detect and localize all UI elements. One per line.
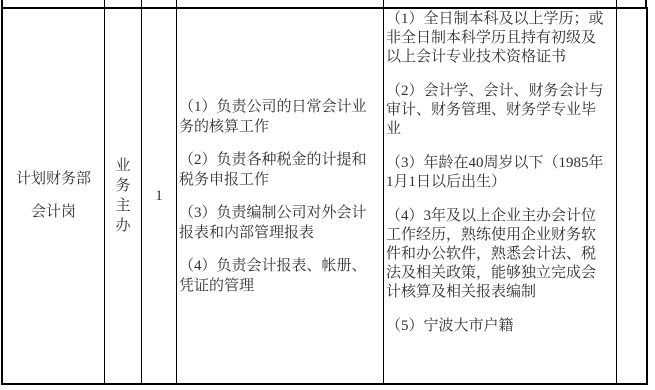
document-page: 计划财务部 会计岗 业务主办 1 （1）负责公司的日常会计业务的核算工作 （2）… — [0, 0, 655, 390]
responsibility-item: （4）负责会计报表、帐册、凭证的管理 — [179, 256, 378, 296]
headcount-value: 1 — [155, 188, 163, 205]
cell-empty — [616, 9, 646, 383]
grid-line — [645, 0, 647, 7]
department-name: 计划财务部 — [16, 172, 91, 187]
duty-type-vertical-text: 业务主办 — [115, 156, 131, 236]
grid-line — [616, 0, 617, 7]
cell-responsibilities: （1）负责公司的日常会计业务的核算工作 （2）负责各种税金的计提和税务申报工作 … — [176, 9, 383, 383]
requirement-item: （1）全日制本科及以上学历；或非全日制本科学历且持有初级及以上会计专业技术资格证… — [386, 10, 609, 67]
grid-line — [383, 0, 384, 7]
grid-line — [1, 0, 3, 7]
requirement-item: （4）3年及以上企业主办会计位工作经历，熟练使用企业财务软件和办公软件，熟悉会计… — [386, 207, 609, 302]
responsibility-item: （1）负责公司的日常会计业务的核算工作 — [179, 97, 378, 137]
responsibility-item: （2）负责各种税金的计提和税务申报工作 — [179, 150, 378, 190]
requirement-item: （5）宁波大市户籍 — [386, 317, 609, 336]
cell-requirements: （1）全日制本科及以上学历；或非全日制本科学历且持有初级及以上会计专业技术资格证… — [383, 9, 616, 383]
cell-department-position: 计划财务部 会计岗 — [3, 9, 104, 383]
grid-line — [176, 0, 177, 7]
requirement-item: （3）年龄在40周岁以下（1985年1月1日以后出生） — [386, 154, 609, 192]
responsibility-item: （3）负责编制公司对外会计报表和内部管理报表 — [179, 203, 378, 243]
cell-headcount: 1 — [141, 9, 176, 383]
job-posting-table-row: 计划财务部 会计岗 业务主办 1 （1）负责公司的日常会计业务的核算工作 （2）… — [1, 7, 648, 385]
cell-duty-type: 业务主办 — [104, 9, 141, 383]
position-name: 会计岗 — [31, 205, 76, 220]
requirement-item: （2）会计学、会计、财务会计与审计、财务管理、财务学专业毕业 — [386, 82, 609, 139]
grid-line — [141, 0, 142, 7]
grid-line — [104, 0, 105, 7]
